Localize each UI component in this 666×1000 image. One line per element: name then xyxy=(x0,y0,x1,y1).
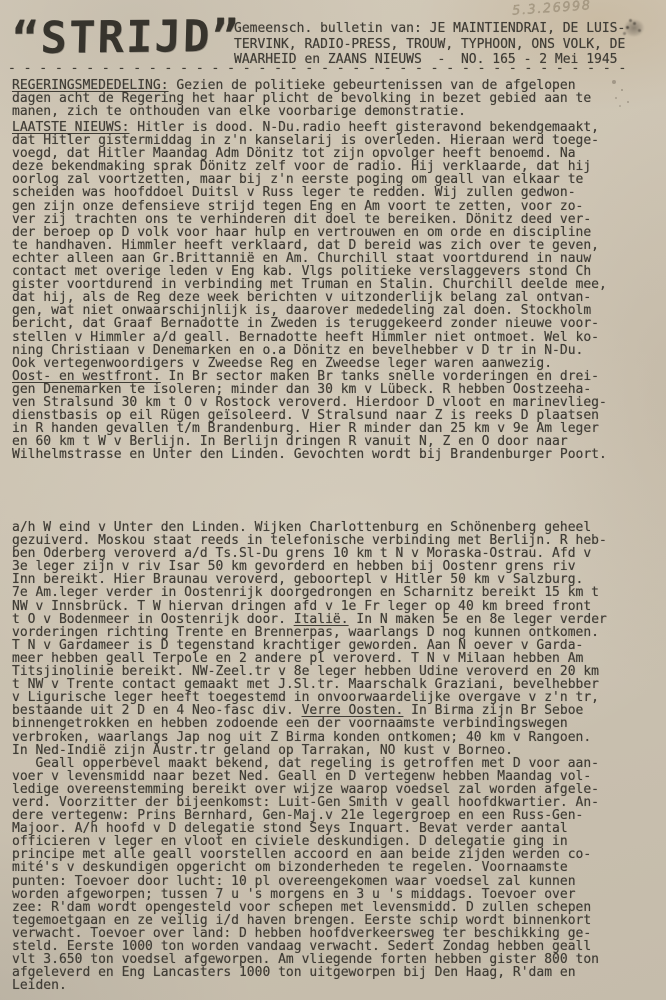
continuation-article: a/h W eind v Unter den Linden. Wijken Ch… xyxy=(12,521,662,992)
paper-speckles xyxy=(612,80,616,84)
ink-smudge xyxy=(620,16,648,40)
masthead-line: TERVINK, RADIO-PRESS, TROUW, TYPHOON, ON… xyxy=(234,37,660,53)
body-text-run: In Birma zijn Br Seboe binnengetrokken e… xyxy=(12,703,599,993)
government-notice-paragraph: REGERINGSMEDEDELING: Gezien de politieke… xyxy=(12,79,658,118)
masthead-line: Gemeensch. bulletin van: JE MAINTIENDRAI… xyxy=(234,21,660,37)
newsletter-logo: “STRIJD” xyxy=(11,13,237,63)
pencil-annotation: 5.3.26998 xyxy=(512,0,592,18)
masthead: Gemeensch. bulletin van: JE MAINTIENDRAI… xyxy=(234,21,660,68)
document-page: 5.3.26998 “STRIJD” Gemeensch. bulletin v… xyxy=(0,0,666,1000)
body-text-run: In N maken 5e en 8e leger verder vorderi… xyxy=(12,612,607,719)
body-text-run: In Br sector maken Br tanks snelle vorde… xyxy=(12,369,607,463)
body-text-run: a/h W eind v Unter den Linden. Wijken Ch… xyxy=(12,520,607,627)
dashed-divider: - - - - - - - - - - - - - - - - - - - - … xyxy=(8,62,660,75)
latest-news-article: LAATSTE NIEUWS: Hitler is dood. N-Du.rad… xyxy=(12,121,662,461)
body-text-run: Hitler is dood. N-Du.radio heeft gistera… xyxy=(12,120,607,371)
